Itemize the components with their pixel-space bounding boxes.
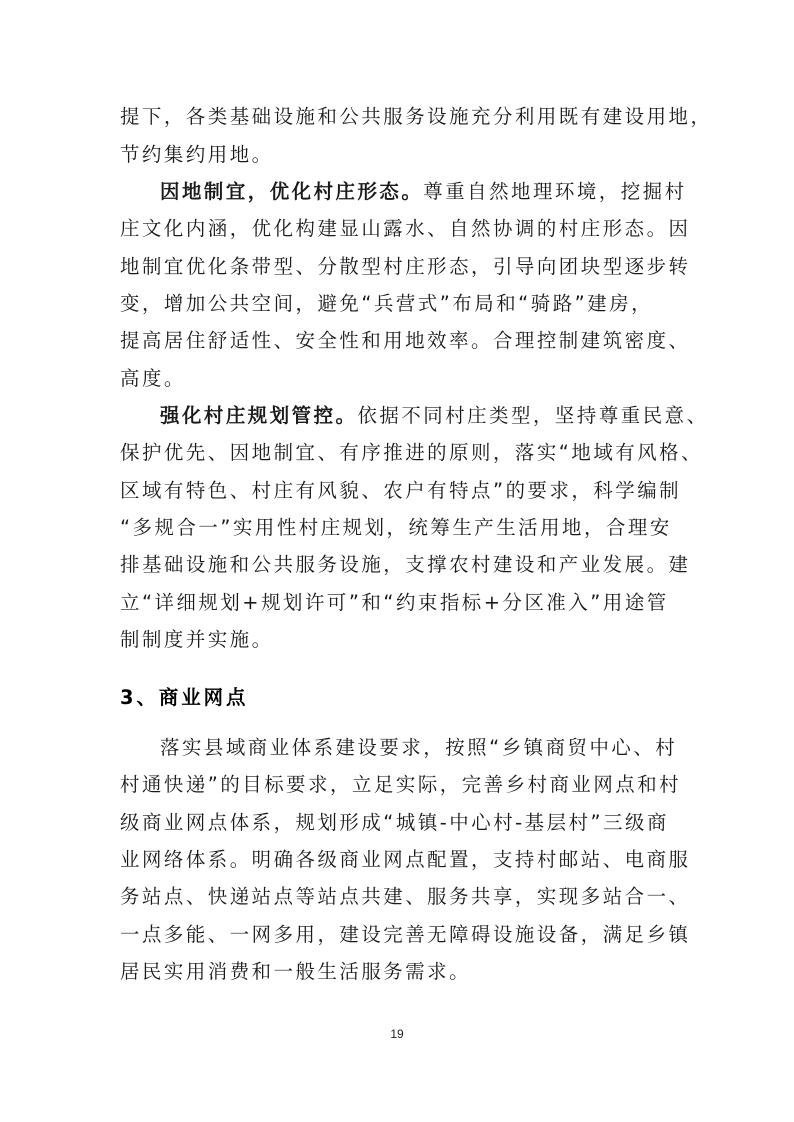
paragraph-line: 制制度并实施。 [120, 625, 685, 655]
section-heading: 3、商业网点 [120, 683, 248, 713]
paragraph-line: 业网络体系。明确各级商业网点配置，支持村邮站、电商服 [120, 845, 685, 875]
paragraph-line: 提高居住舒适性、安全性和用地效率。合理控制建筑密度、 [120, 326, 685, 356]
paragraph-line: 区域有特色、村庄有风貌、农户有特点”的要求，科学编制 [120, 476, 685, 506]
paragraph-line: 提下，各类基础设施和公共服务设施充分利用既有建设用地， [120, 102, 685, 132]
paragraph-line: 节约集约用地。 [120, 140, 685, 170]
paragraph-line: 保护优先、因地制宜、有序推进的原则，落实“地域有风格、 [120, 438, 685, 468]
paragraph-first-line: 落实县域商业体系建设要求，按照“乡镇商贸中心、村 [160, 733, 685, 763]
paragraph-line: 级商业网点体系，规划形成“城镇-中心村-基层村”三级商 [120, 808, 685, 838]
paragraph-line: 一点多能、一网多用，建设完善无障碍设施设备，满足乡镇 [120, 920, 685, 950]
paragraph-lead: 强化村庄规划管控。 [160, 404, 357, 427]
paragraph-first-line: 因地制宜，优化村庄形态。尊重自然地理环境，挖掘村 [160, 177, 685, 207]
paragraph-line: 高度。 [120, 364, 685, 394]
paragraph-first-line: 强化村庄规划管控。依据不同村庄类型，坚持尊重民意、 [160, 401, 685, 431]
paragraph-line: 地制宜优化条带型、分散型村庄形态，引导向团块型逐步转 [120, 252, 685, 282]
paragraph-line: 村通快递”的目标要求，立足实际，完善乡村商业网点和村 [120, 770, 685, 800]
paragraph-line: 庄文化内涵，优化构建显山露水、自然协调的村庄形态。因 [120, 214, 685, 244]
paragraph-text: 尊重自然地理环境，挖掘村 [423, 180, 686, 203]
paragraph-line: 立“详细规划+规划许可”和“约束指标+分区准入”用途管 [120, 588, 685, 618]
paragraph-line: 务站点、快递站点等站点共建、服务共享，实现多站合一、 [120, 882, 685, 912]
paragraph-line: “多规合一”实用性村庄规划，统筹生产生活用地，合理安 [120, 513, 685, 543]
document-page: 提下，各类基础设施和公共服务设施充分利用既有建设用地， 节约集约用地。 因地制宜… [0, 0, 794, 1122]
paragraph-lead: 因地制宜，优化村庄形态。 [160, 180, 423, 203]
paragraph-line: 居民实用消费和一般生活服务需求。 [120, 957, 685, 987]
page-number: 19 [0, 1027, 794, 1041]
paragraph-text: 依据不同村庄类型，坚持尊重民意、 [357, 404, 708, 427]
paragraph-line: 排基础设施和公共服务设施，支撑农村建设和产业发展。建 [120, 550, 685, 580]
paragraph-line: 变，增加公共空间，避免“兵营式”布局和“骑路”建房， [120, 289, 685, 319]
